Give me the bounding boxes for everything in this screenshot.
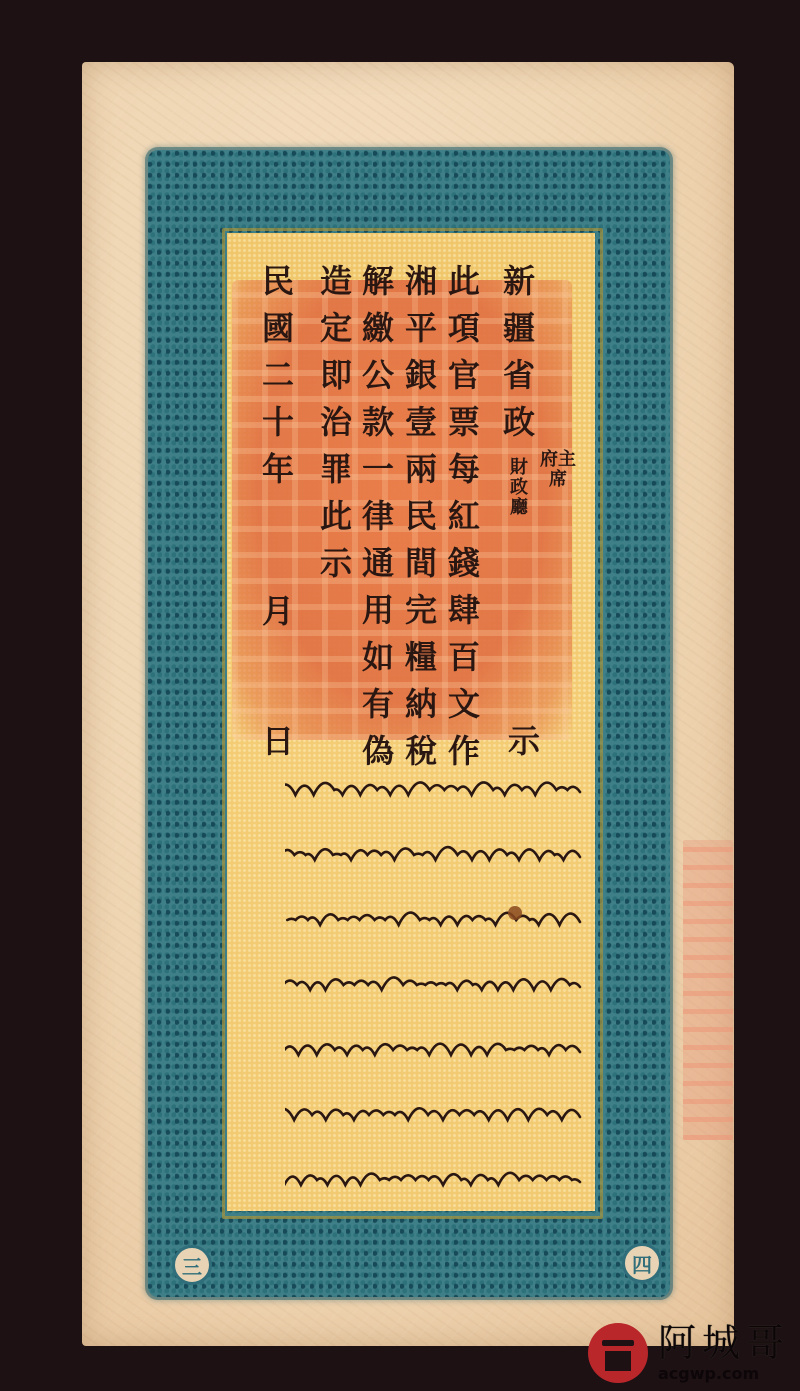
line3-char: 公 (362, 352, 394, 399)
issuer-dept-char: 政 (510, 478, 528, 498)
issuer-char: 政 (503, 399, 535, 446)
line1-char: 每 (448, 446, 480, 493)
issuer-char: 疆 (503, 305, 535, 352)
line1-char: 錢 (448, 540, 480, 587)
issuer-dept-char: 財 (510, 458, 528, 478)
date-char: 國 (262, 305, 294, 352)
line2-char: 間 (405, 540, 437, 587)
line3-char: 偽 (362, 728, 394, 775)
text-column-2: 湘平銀壹兩民間完糧納稅 (405, 258, 437, 775)
date-column: 民國二十年 (262, 258, 294, 493)
line4-char: 治 (320, 399, 352, 446)
uyghur-line (285, 770, 585, 808)
line2-char: 稅 (405, 728, 437, 775)
ink-stain (508, 906, 522, 920)
issuer-department-column: 財政廳 (510, 458, 528, 518)
uyghur-line (285, 835, 585, 873)
line2-char: 糧 (405, 634, 437, 681)
line3-char: 有 (362, 681, 394, 728)
side-red-seal (683, 840, 733, 1140)
line4-char: 造 (320, 258, 352, 305)
line3-char: 繳 (362, 305, 394, 352)
line3-char: 解 (362, 258, 394, 305)
text-column-4: 造定即治罪此示 (320, 258, 352, 587)
line4-char: 即 (320, 352, 352, 399)
issuer-char: 新 (503, 258, 535, 305)
date-char: 十 (262, 399, 294, 446)
line2-char: 兩 (405, 446, 437, 493)
uyghur-line (285, 900, 585, 938)
date-char: 年 (262, 446, 294, 493)
uyghur-text-block (285, 770, 585, 1225)
shi-char: 示 (508, 718, 540, 765)
month-char: 月 (262, 588, 294, 635)
line2-char: 民 (405, 493, 437, 540)
issuer-sub-char: 府主 (540, 450, 576, 470)
line1-char: 作 (448, 728, 480, 775)
line1-char: 此 (448, 258, 480, 305)
uyghur-line (285, 1030, 585, 1068)
month-label: 月 (262, 588, 294, 635)
line1-char: 肆 (448, 587, 480, 634)
palace-logo-icon (588, 1323, 648, 1383)
line1-char: 百 (448, 634, 480, 681)
line4-char: 此 (320, 493, 352, 540)
uyghur-line (285, 1095, 585, 1133)
day-char: 日 (262, 718, 294, 765)
line3-char: 一 (362, 446, 394, 493)
line3-char: 款 (362, 399, 394, 446)
issuer-sub-char: 席 (549, 470, 567, 490)
watermark: 阿城哥 acgwp.com (588, 1322, 790, 1383)
line3-char: 如 (362, 634, 394, 681)
line1-char: 紅 (448, 493, 480, 540)
line2-char: 湘 (405, 258, 437, 305)
issuer-char: 省 (503, 352, 535, 399)
line3-char: 用 (362, 587, 394, 634)
line1-char: 官 (448, 352, 480, 399)
line4-char: 示 (320, 540, 352, 587)
watermark-name: 阿城哥 (658, 1322, 790, 1364)
watermark-url: acgwp.com (658, 1364, 790, 1383)
line4-char: 罪 (320, 446, 352, 493)
uyghur-line (285, 1160, 585, 1198)
corner-numeral-left: 三 (172, 1245, 212, 1285)
line3-char: 通 (362, 540, 394, 587)
issuer-dept-char: 廳 (510, 498, 528, 518)
line2-char: 銀 (405, 352, 437, 399)
line3-char: 律 (362, 493, 394, 540)
issuer-column: 新疆省政 (503, 258, 535, 446)
line2-char: 壹 (405, 399, 437, 446)
uyghur-line (285, 965, 585, 1003)
line2-char: 完 (405, 587, 437, 634)
issuer-subtitle-column: 府主席 (540, 450, 576, 490)
line2-char: 平 (405, 305, 437, 352)
text-column-3: 解繳公款一律通用如有偽 (362, 258, 394, 775)
date-char: 二 (262, 352, 294, 399)
line2-char: 納 (405, 681, 437, 728)
proclamation-mark: 示 (508, 718, 540, 765)
line1-char: 票 (448, 399, 480, 446)
corner-numeral-right: 四 (622, 1243, 662, 1283)
date-char: 民 (262, 258, 294, 305)
line4-char: 定 (320, 305, 352, 352)
line1-char: 項 (448, 305, 480, 352)
line1-char: 文 (448, 681, 480, 728)
text-column-1: 此項官票每紅錢肆百文作 (448, 258, 480, 775)
day-label: 日 (262, 718, 294, 765)
